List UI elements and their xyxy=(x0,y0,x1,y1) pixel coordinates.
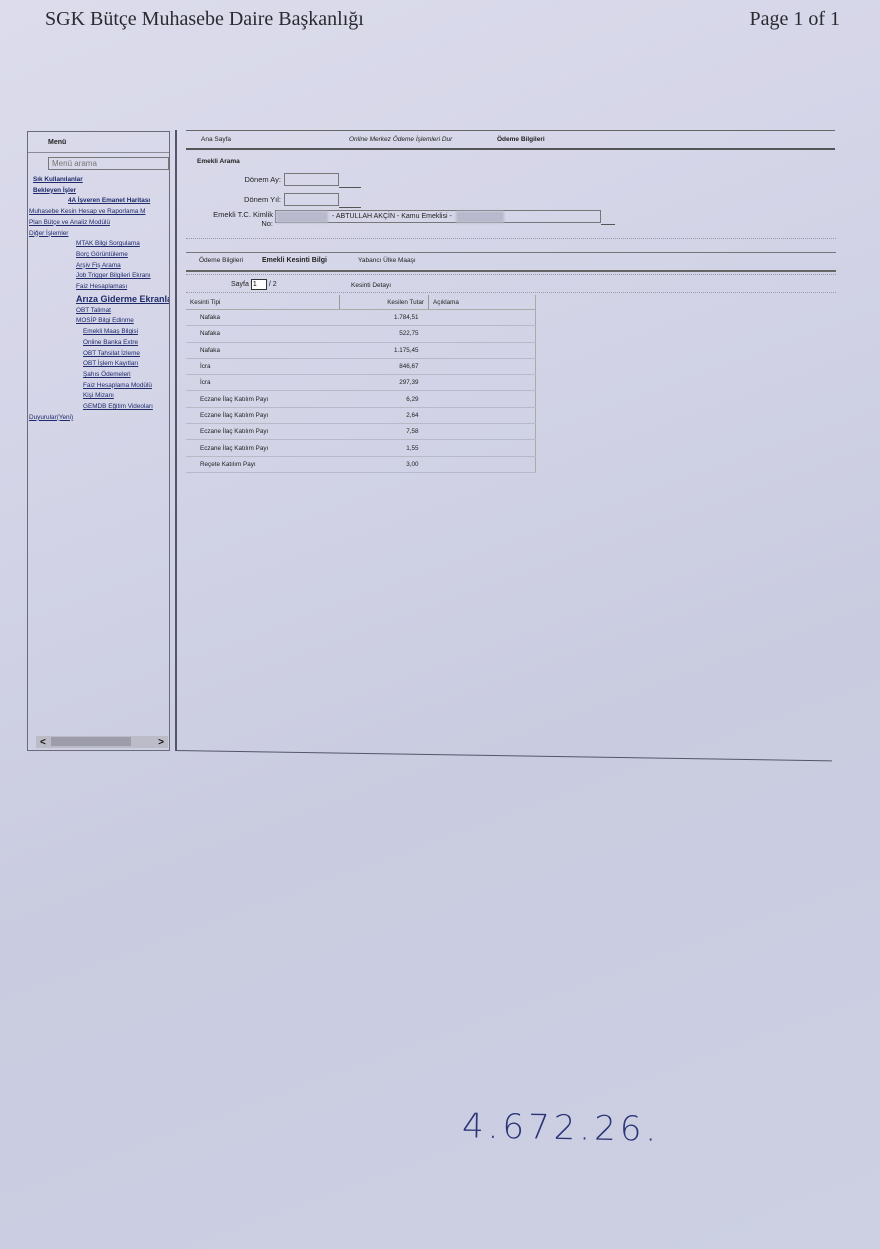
divider xyxy=(186,270,836,272)
table-row[interactable]: Nafaka1.784,51 xyxy=(186,310,536,326)
table-row[interactable]: Eczane İlaç Katılım Payı2,64 xyxy=(186,407,536,423)
tab-yabanci-ulke-maasi[interactable]: Yabancı Ülke Maaşı xyxy=(358,257,416,264)
sidebar-title: Menü xyxy=(28,132,169,153)
table-row[interactable]: İcra297,39 xyxy=(186,375,536,391)
donem-ay-input[interactable] xyxy=(284,173,339,186)
sidebar-menu-item[interactable]: Job Trigger Bilgileri Ekranı xyxy=(28,271,169,282)
cell-type: Eczane İlaç Katılım Payı xyxy=(186,424,340,440)
sidebar-menu-item[interactable]: Faiz Hesaplaması xyxy=(28,282,169,293)
table-row[interactable]: Eczane İlaç Katılım Payı6,29 xyxy=(186,391,536,407)
donem-ay-dropdown[interactable] xyxy=(339,173,361,188)
donem-yil-input[interactable] xyxy=(284,193,339,206)
cell-type: Eczane İlaç Katılım Payı xyxy=(186,391,340,407)
donem-yil-dropdown[interactable] xyxy=(339,193,361,208)
cell-desc xyxy=(429,326,536,342)
cell-amount: 3,00 xyxy=(340,456,429,472)
detail-tabs: Ödeme Bilgileri Emekli Kesinti Bilgi Yab… xyxy=(199,257,416,264)
cell-desc xyxy=(429,358,536,374)
table-row[interactable]: İcra846,67 xyxy=(186,358,536,374)
tc-kimlik-input[interactable]: - ABTULLAH AKÇİN - Kamu Emeklisi - xyxy=(275,210,601,223)
tc-kimlik-row: Emekli T.C. Kimlik No: - ABTULLAH AKÇİN … xyxy=(199,210,615,228)
cell-amount: 846,67 xyxy=(340,358,429,374)
sidebar-menu-item[interactable]: Kişi Mizanı xyxy=(28,391,169,402)
cell-type: İcra xyxy=(186,375,340,391)
section-title-emekli-arama: Emekli Arama xyxy=(197,158,835,165)
detail-title: Kesinti Detayı xyxy=(351,282,391,289)
sidebar-menu-item[interactable]: Diğer İşlemler xyxy=(28,229,169,240)
cell-amount: 1.175,45 xyxy=(340,342,429,358)
pager: Sayfa / 2 xyxy=(231,279,277,290)
cell-type: Nafaka xyxy=(186,310,340,326)
sidebar-menu-item[interactable]: OBT Tahsilat İzleme xyxy=(28,349,169,360)
menu-search-input[interactable] xyxy=(48,157,169,170)
cell-amount: 6,29 xyxy=(340,391,429,407)
sidebar-menu-item[interactable]: Sık Kullanılanlar xyxy=(28,175,169,186)
print-page-number: Page 1 of 1 xyxy=(749,8,840,31)
sidebar-menu-item[interactable]: MTAK Bilgi Sorgulama xyxy=(28,239,169,250)
tc-kimlik-value: - ABTULLAH AKÇİN - Kamu Emeklisi - xyxy=(332,213,452,220)
sidebar-menu-item[interactable]: Muhasebe Kesin Hesap ve Raporlama M xyxy=(28,207,169,218)
column-header-amount: Kesilen Tutar xyxy=(340,295,429,310)
menu-list: Sık KullanılanlarBekleyen İşler4A İşvere… xyxy=(28,175,169,423)
cell-amount: 1,55 xyxy=(340,440,429,456)
donem-ay-label: Dönem Ay: xyxy=(225,175,281,184)
deductions-table: Kesinti Tipi Kesilen Tutar Açıklama Nafa… xyxy=(186,295,536,473)
sidebar-menu-item[interactable]: OBT Talimat xyxy=(28,306,169,317)
main-panel-bottom-border xyxy=(175,750,832,761)
cell-desc xyxy=(429,407,536,423)
cell-amount: 7,58 xyxy=(340,424,429,440)
main-panel: Ana Sayfa Online Merkez Ödeme İşlemleri … xyxy=(175,130,835,750)
scrollbar-thumb[interactable] xyxy=(51,737,131,746)
cell-desc xyxy=(429,456,536,472)
sidebar-menu-item[interactable]: Plan Bütçe ve Analiz Modülü xyxy=(28,218,169,229)
cell-amount: 522,75 xyxy=(340,326,429,342)
column-header-description: Açıklama xyxy=(429,295,536,310)
table-header-row: Kesinti Tipi Kesilen Tutar Açıklama xyxy=(186,295,536,310)
pager-label: Sayfa xyxy=(231,281,249,288)
sidebar-menu-item[interactable]: GEMDB Eğitim Videoları xyxy=(28,402,169,413)
cell-type: İcra xyxy=(186,358,340,374)
tab-emekli-kesinti-bilgi[interactable]: Emekli Kesinti Bilgi xyxy=(262,257,358,264)
redacted-info xyxy=(456,211,504,223)
scroll-right-icon[interactable]: > xyxy=(154,737,168,748)
sidebar-menu-item[interactable]: Şahıs Ödemeleri xyxy=(28,370,169,381)
sidebar-menu-item[interactable]: OBT İşlem Kayıtları xyxy=(28,359,169,370)
sidebar-menu-item[interactable]: Bekleyen İşler xyxy=(28,186,169,197)
cell-desc xyxy=(429,310,536,326)
sidebar-menu-item[interactable]: Arşiv Fiş Arama xyxy=(28,261,169,272)
cell-amount: 2,64 xyxy=(340,407,429,423)
sidebar-menu-item[interactable]: Online Banka Extre xyxy=(28,338,169,349)
sidebar-menu-item[interactable]: MOSİP Bilgi Edinme xyxy=(28,316,169,327)
divider xyxy=(186,238,836,239)
tc-kimlik-label-line2: No: xyxy=(261,219,273,228)
table-row[interactable]: Eczane İlaç Katılım Payı7,58 xyxy=(186,424,536,440)
donem-ay-row: Dönem Ay: xyxy=(225,173,361,188)
cell-type: Reçete Katılım Payı xyxy=(186,456,340,472)
print-header-title: SGK Bütçe Muhasebe Daire Başkanlığı xyxy=(45,8,364,31)
cell-type: Nafaka xyxy=(186,326,340,342)
tc-kimlik-label-line1: Emekli T.C. Kimlik xyxy=(213,210,273,219)
tc-kimlik-label: Emekli T.C. Kimlik No: xyxy=(199,210,273,228)
top-navigation-bar: Ana Sayfa Online Merkez Ödeme İşlemleri … xyxy=(186,130,835,150)
cell-type: Eczane İlaç Katılım Payı xyxy=(186,440,340,456)
current-page-title: Ödeme Bilgileri xyxy=(497,136,545,143)
redacted-tc-number xyxy=(276,211,328,223)
table-row[interactable]: Eczane İlaç Katılım Payı1,55 xyxy=(186,440,536,456)
cell-type: Eczane İlaç Katılım Payı xyxy=(186,407,340,423)
sidebar-menu-item[interactable]: Duyurular(Yeni) xyxy=(28,413,169,424)
home-link[interactable]: Ana Sayfa xyxy=(201,136,231,143)
cell-desc xyxy=(429,424,536,440)
page-number-input[interactable] xyxy=(251,279,267,290)
sidebar-menu-item[interactable]: Arıza Giderme Ekranları xyxy=(28,293,169,306)
sidebar-menu-item[interactable]: Borç Görüntüleme xyxy=(28,250,169,261)
sidebar-menu-item[interactable]: Faiz Hesaplama Modülü xyxy=(28,381,169,392)
tab-odeme-bilgileri[interactable]: Ödeme Bilgileri xyxy=(199,257,262,264)
cell-desc xyxy=(429,391,536,407)
cell-desc xyxy=(429,342,536,358)
sidebar-horizontal-scrollbar[interactable]: < > xyxy=(36,736,168,748)
table-row[interactable]: Nafaka522,75 xyxy=(186,326,536,342)
divider xyxy=(186,252,836,253)
sidebar-menu: Menü Sık KullanılanlarBekleyen İşler4A İ… xyxy=(27,131,170,751)
divider xyxy=(186,292,836,293)
cell-amount: 297,39 xyxy=(340,375,429,391)
table-row[interactable]: Nafaka1.175,45 xyxy=(186,342,536,358)
table-row[interactable]: Reçete Katılım Payı3,00 xyxy=(186,456,536,472)
sidebar-menu-item[interactable]: Emekli Maaş Bilgisi xyxy=(28,327,169,338)
tc-kimlik-dropdown[interactable] xyxy=(601,210,615,225)
cell-type: Nafaka xyxy=(186,342,340,358)
handwritten-total-note: 4.672.26. xyxy=(462,1106,661,1149)
donem-yil-label: Dönem Yıl: xyxy=(225,195,281,204)
cell-desc xyxy=(429,375,536,391)
column-header-type: Kesinti Tipi xyxy=(186,295,340,310)
scroll-left-icon[interactable]: < xyxy=(36,737,50,748)
donem-yil-row: Dönem Yıl: xyxy=(225,193,361,208)
pager-total: / 2 xyxy=(269,281,277,288)
online-payments-link[interactable]: Online Merkez Ödeme İşlemleri Dur xyxy=(349,136,452,143)
cell-desc xyxy=(429,440,536,456)
cell-amount: 1.784,51 xyxy=(340,310,429,326)
divider xyxy=(186,274,836,275)
sidebar-menu-item[interactable]: 4A İşveren Emanet Haritası xyxy=(28,196,169,207)
